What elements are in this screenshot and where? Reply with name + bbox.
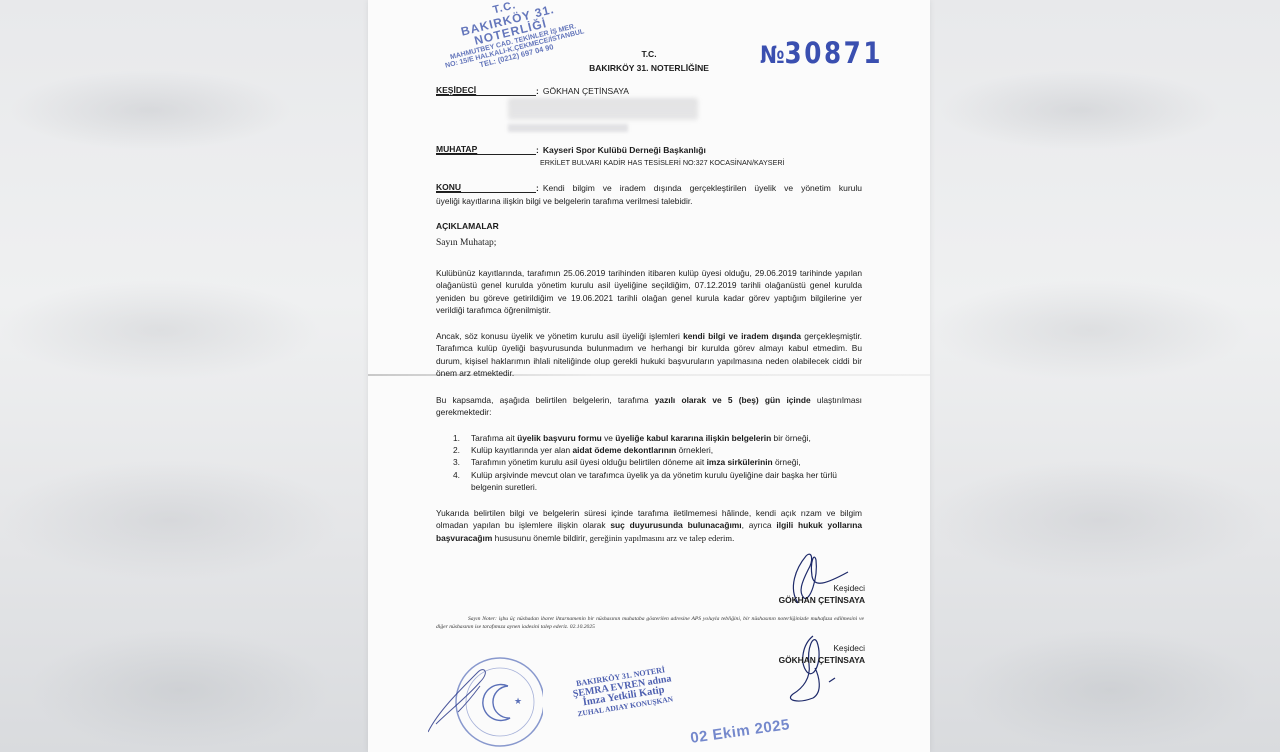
muhatap-address: ERKİLET BULVARI KADİR HAS TESİSLERİ NO:3… [540, 158, 785, 167]
signer-role: Keşideci [779, 582, 865, 594]
redacted-address-line [508, 124, 628, 132]
text: Bu kapsamda, aşağıda belirtilen belgeler… [436, 395, 655, 405]
signature-scribble-2 [773, 628, 863, 706]
signature-block-1: Keşideci GÖKHAN ÇETİNSAYA [779, 582, 865, 606]
blurred-background-right [930, 0, 1280, 752]
field-value-muhatap: Kayseri Spor Kulübü Derneği Başkanlığı [543, 145, 706, 155]
date-stamp: 02 Ekim 2025 [689, 716, 791, 747]
field-label-kesideci: KEŞİDECİ [436, 86, 536, 96]
field-konu: KONU : Kendi bilgim ve iradem dışında ge… [436, 183, 862, 193]
list-item: 1.Tarafıma ait üyelik başvuru formu ve ü… [453, 432, 863, 444]
list-number: 2. [453, 444, 471, 456]
header-tc: T.C. [368, 47, 930, 61]
field-value-konu-line2: üyeliği kayıtlarına ilişkin bilgi ve bel… [436, 196, 692, 206]
field-colon: : [536, 145, 539, 155]
signature-block-2: Keşideci GÖKHAN ÇETİNSAYA [779, 642, 865, 666]
list-number: 3. [453, 456, 471, 468]
list-number: 4. [453, 469, 471, 493]
paragraph-2: Ancak, söz konusu üyelik ve yönetim kuru… [436, 330, 862, 379]
field-label-konu: KONU [436, 183, 536, 193]
field-value-kesideci: GÖKHAN ÇETİNSAYA [543, 86, 629, 96]
text: Ancak, söz konusu üyelik ve yönetim kuru… [436, 331, 683, 341]
bold-text: suç duyurusunda bulunacağımı [610, 520, 741, 530]
bold-text: yazılı olarak ve 5 (beş) gün içinde [655, 395, 811, 405]
svg-text:★: ★ [514, 696, 522, 706]
redacted-address [508, 98, 698, 120]
list-item: 4.Kulüp arşivinde mevcut olan ve tarafım… [453, 469, 863, 493]
text: hususunu önemle bildirir, [492, 533, 589, 543]
paragraph-1: Kulübünüz kayıtlarında, tarafımın 25.06.… [436, 267, 862, 316]
list-item: 3.Tarafımın yönetim kurulu asil üyesi ol… [453, 456, 863, 468]
field-muhatap: MUHATAP : Kayseri Spor Kulübü Derneği Ba… [436, 145, 706, 155]
notary-clerk-stamp: BAKIRKÖY 31. NOTERİ ŞEMRA EVREN adına İm… [570, 664, 675, 719]
bold-text: kendi bilgi ve iradem dışında [683, 331, 801, 341]
field-colon: : [536, 183, 539, 193]
signer-name: GÖKHAN ÇETİNSAYA [779, 594, 865, 606]
official-round-seal: ★ [428, 652, 543, 752]
paragraph-4: Yukarıda belirtilen bilgi ve belgelerin … [436, 507, 862, 544]
requested-documents-list: 1.Tarafıma ait üyelik başvuru formu ve ü… [453, 432, 863, 493]
document-header: T.C. BAKIRKÖY 31. NOTERLİĞİNE [368, 47, 930, 75]
header-notary: BAKIRKÖY 31. NOTERLİĞİNE [368, 61, 930, 75]
list-number: 1. [453, 432, 471, 444]
section-title-aciklamalar: AÇIKLAMALAR [436, 221, 499, 231]
paragraph-3: Bu kapsamda, aşağıda belirtilen belgeler… [436, 394, 862, 419]
blurred-background-left [0, 0, 370, 752]
field-label-muhatap: MUHATAP [436, 145, 536, 155]
list-item: 2.Kulüp kayıtlarında yer alan aidat ödem… [453, 444, 863, 456]
signer-name: GÖKHAN ÇETİNSAYA [779, 654, 865, 666]
field-kesideci: KEŞİDECİ : GÖKHAN ÇETİNSAYA [436, 86, 629, 96]
field-colon: : [536, 86, 539, 96]
text: gereğinin yapılmasını arz ve talep ederi… [590, 533, 735, 543]
field-value-konu-line1: Kendi bilgim ve iradem dışında gerçekleş… [543, 183, 862, 193]
salutation: Sayın Muhatap; [436, 238, 496, 248]
signer-role: Keşideci [779, 642, 865, 654]
notary-document-page: T.C. BAKIRKÖY 31. NOTERLİĞİ MAHMUTBEY CA… [368, 0, 930, 752]
text: , ayrıca [742, 520, 777, 530]
